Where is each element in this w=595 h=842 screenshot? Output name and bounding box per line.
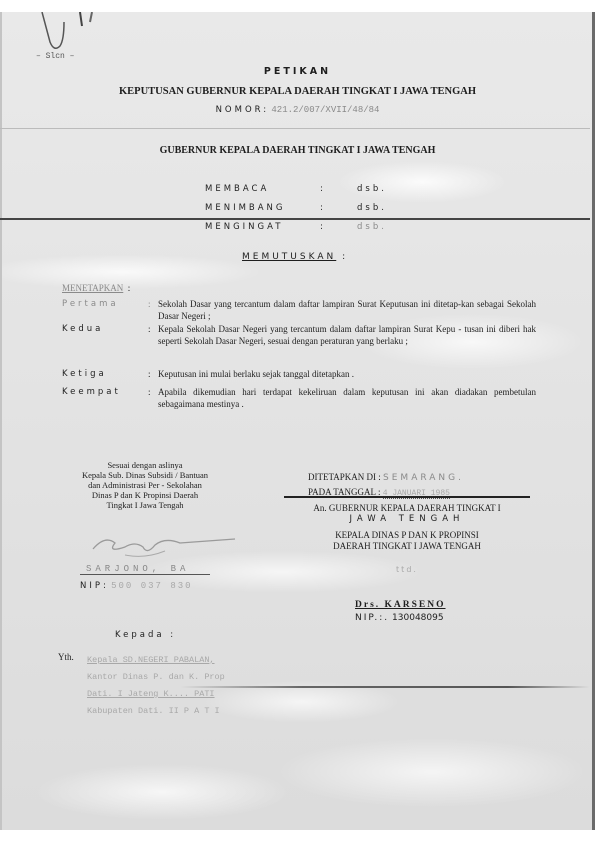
consideration-colon: :: [320, 199, 323, 218]
nomor-value: 421.2/007/XVII/48/84: [271, 105, 379, 115]
article-label: Kedua: [62, 323, 103, 335]
right-signatory-name: Drs. KARSENO: [355, 600, 446, 610]
left-nip-value: 500 037 830: [111, 581, 192, 591]
recipient-line: Dati. I Jateng K.... PATI: [87, 686, 225, 703]
certification-block: Sesuai dengan aslinya Kepala Sub. Dinas …: [60, 460, 230, 510]
document-subtitle: KEPUTUSAN GUBERNUR KEPALA DAERAH TINGKAT…: [0, 86, 595, 97]
consideration-colon: :: [320, 218, 323, 237]
on-behalf-line: An. GUBERNUR KEPALA DAERAH TINGKAT I: [284, 503, 530, 514]
fold-line: [0, 128, 590, 129]
consideration-value: dsb.: [357, 218, 387, 237]
ditetapkan-value: SEMARANG.: [383, 473, 464, 483]
right-nip: NIP.:. 130048095: [355, 613, 444, 623]
certification-line: Tingkat I Jawa Tengah: [60, 500, 230, 510]
right-signatory-name-text: Drs. KARSENO: [355, 600, 446, 610]
recipient-heading: Kepada :: [115, 630, 176, 640]
corner-stamp: – Slcn –: [36, 52, 74, 61]
consideration-label: MEMBACA: [205, 180, 269, 199]
date-underline: [284, 496, 530, 498]
article-text: Apabila dikemudian hari terdapat kekelir…: [158, 386, 536, 410]
decision-heading: MEMUTUSKAN :: [242, 252, 348, 262]
article-text: Sekolah Dasar yang tercantum dalam dafta…: [158, 298, 536, 322]
tanggal-value: 4 JANUARI 1985: [383, 489, 450, 499]
signature-underline: [80, 574, 210, 575]
article-colon: :: [148, 368, 151, 380]
consideration-value: dsb.: [357, 180, 387, 199]
decision-heading-text: MEMUTUSKAN: [242, 252, 336, 262]
handwritten-signature-icon: [85, 525, 245, 565]
left-signatory-name: SARJONO, BA: [86, 564, 189, 574]
article-text: Keputusan ini mulai berlaku sejak tangga…: [158, 368, 536, 380]
article-colon: :: [148, 323, 151, 335]
certification-line: dan Administrasi Per - Sekolahan: [60, 480, 230, 490]
office-line: KEPALA DINAS P DAN K PROPINSI: [284, 530, 530, 541]
consideration-value: dsb.: [357, 199, 387, 218]
left-nip-label: NIP:: [80, 581, 109, 591]
recipient-line: Kepala SD.NEGERI PABALAN,: [87, 652, 225, 669]
certification-line: Kepala Sub. Dinas Subsidi / Bantuan: [60, 470, 230, 480]
recipient-line: Kabupaten Dati. II P A T I: [87, 703, 225, 720]
right-nip-label: NIP.:.: [355, 613, 389, 623]
consideration-label: MENGINGAT: [205, 218, 283, 237]
office-line: DAERAH TINGKAT I JAWA TENGAH: [284, 541, 530, 552]
ditetapkan-row: DITETAPKAN DI : SEMARANG.: [308, 470, 464, 485]
paperclip-marks-icon: [30, 12, 100, 52]
authority-heading: GUBERNUR KEPALA DAERAH TINGKAT I JAWA TE…: [0, 145, 595, 156]
certification-line: Sesuai dengan aslinya: [60, 460, 230, 470]
certification-line: Dinas P dan K Propinsi Daerah: [60, 490, 230, 500]
fold-crease: [0, 218, 590, 220]
tanggal-row: PADA TANGGAL : 4 JANUARI 1985: [308, 485, 464, 501]
article-label: Pertama: [62, 298, 119, 310]
consideration-label: MENIMBANG: [205, 199, 286, 218]
nomor-line: NOMOR: 421.2/007/XVII/48/84: [0, 104, 595, 115]
article-label: Ketiga: [62, 368, 107, 380]
recipient-yth: Yth.: [58, 652, 74, 662]
article-colon: :: [148, 298, 151, 310]
ditetapkan-label: DITETAPKAN DI :: [308, 472, 381, 482]
article-colon: :: [148, 386, 151, 398]
fold-crease: [180, 686, 590, 688]
ttd-mark: ttd.: [284, 564, 530, 575]
menetapkan-text: MENETAPKAN: [62, 283, 123, 293]
corner-stamp-text: Slcn: [46, 52, 65, 61]
menetapkan-label: MENETAPKAN :: [62, 283, 130, 293]
consideration-colon: :: [320, 180, 323, 199]
nomor-label: NOMOR:: [216, 105, 270, 115]
left-nip: NIP: 500 037 830: [80, 580, 193, 591]
right-nip-value: 130048095: [392, 613, 444, 623]
article-label: Keempat: [62, 386, 121, 398]
authority-block: An. GUBERNUR KEPALA DAERAH TINGKAT I JAW…: [284, 503, 530, 575]
document-title: PETIKAN: [0, 66, 595, 77]
recipient-line: Kantor Dinas P. dan K. Prop: [87, 669, 225, 686]
article-text: Kepala Sekolah Dasar Negeri yang tercant…: [158, 323, 536, 347]
on-behalf-line: JAWA TENGAH: [284, 514, 530, 525]
